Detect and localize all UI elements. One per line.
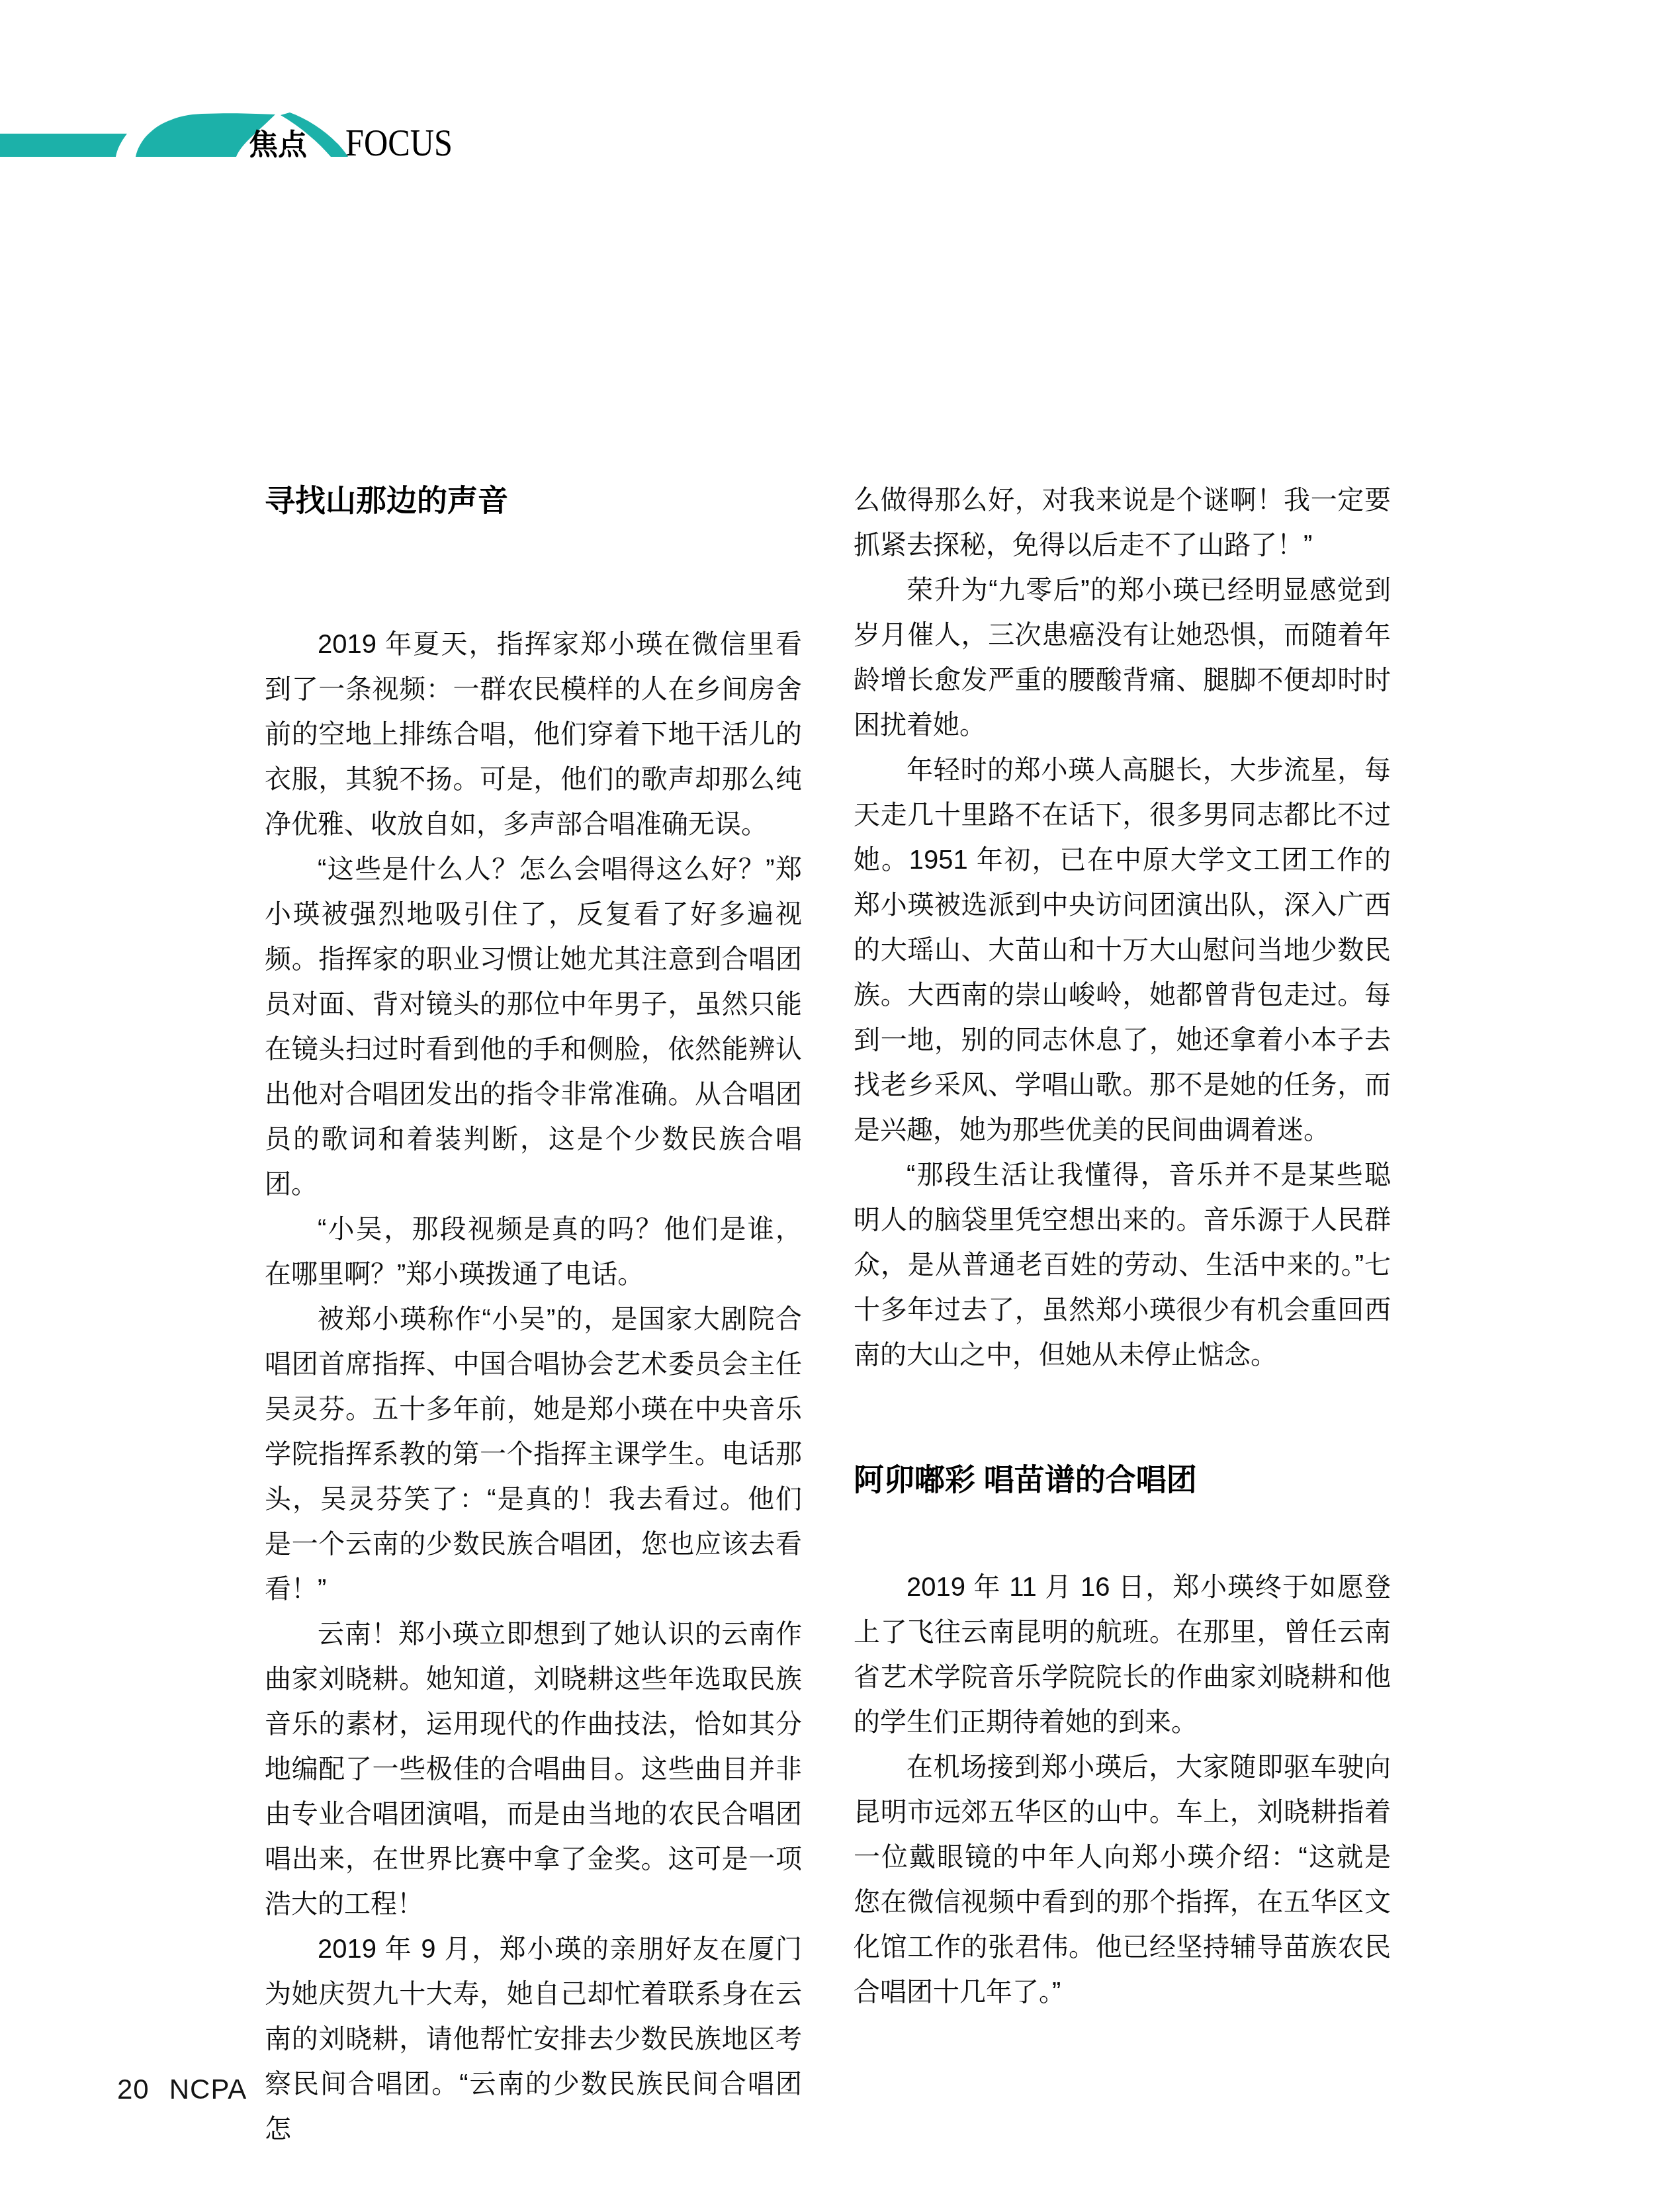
paragraph: 2019 年夏天，指挥家郑小瑛在微信里看到了一条视频：一群农民模样的人在乡间房舍… (265, 622, 802, 847)
paragraph: “那段生活让我懂得，音乐并不是某些聪明人的脑袋里凭空想出来的。音乐源于人民群众，… (854, 1153, 1391, 1378)
paragraph: “这些是什么人？怎么会唱得这么好？”郑小瑛被强烈地吸引住了，反复看了好多遍视频。… (265, 847, 802, 1207)
paragraph-continuation: 么做得那么好，对我来说是个谜啊！我一定要抓紧去探秘，免得以后走不了山路了！” (854, 478, 1391, 568)
paragraph: 2019 年 9 月，郑小瑛的亲朋好友在厦门为她庆贺九十大寿，她自己却忙着联系身… (265, 1927, 802, 2152)
section-label-zh: 焦点 (249, 129, 308, 161)
paragraph: 在机场接到郑小瑛后，大家随即驱车驶向昆明市远郊五华区的山中。车上，刘晓耕指着一位… (854, 1745, 1391, 2015)
journal-abbr: NCPA (169, 2074, 247, 2105)
banner-bar-shape (0, 134, 127, 157)
focus-arch-graphic: 焦点 FOCUS (0, 107, 476, 206)
section-heading-1: 寻找山那边的声音 (265, 478, 802, 523)
magazine-page: 焦点 FOCUS 寻找山那边的声音 2019 年夏天，指挥家郑小瑛在微信里看到了… (0, 0, 1680, 2188)
article-column-right: 么做得那么好，对我来说是个谜啊！我一定要抓紧去探秘，免得以后走不了山路了！” 荣… (854, 478, 1391, 2015)
paragraph: 2019 年 11 月 16 日，郑小瑛终于如愿登上了飞往云南昆明的航班。在那里… (854, 1565, 1391, 1745)
page-footer: 20NCPA (117, 2074, 247, 2105)
paragraph: “小吴，那段视频是真的吗？他们是谁，在哪里啊？”郑小瑛拨通了电话。 (265, 1207, 802, 1297)
paragraph: 云南！郑小瑛立即想到了她认识的云南作曲家刘晓耕。她知道，刘晓耕这些年选取民族音乐… (265, 1612, 802, 1927)
article-column-left: 寻找山那边的声音 2019 年夏天，指挥家郑小瑛在微信里看到了一条视频：一群农民… (265, 478, 802, 2152)
section-label-en: FOCUS (345, 121, 453, 164)
paragraph: 被郑小瑛称作“小吴”的，是国家大剧院合唱团首席指挥、中国合唱协会艺术委员会主任吴… (265, 1297, 802, 1612)
paragraph: 年轻时的郑小瑛人高腿长，大步流星，每天走几十里路不在话下，很多男同志都比不过她。… (854, 748, 1391, 1153)
section-banner: 焦点 FOCUS (0, 107, 476, 206)
page-number: 20 (117, 2074, 150, 2105)
section-heading-2: 阿卯嘟彩 唱苗谱的合唱团 (854, 1457, 1391, 1502)
paragraph: 荣升为“九零后”的郑小瑛已经明显感觉到岁月催人，三次患癌没有让她恐惧，而随着年龄… (854, 568, 1391, 748)
